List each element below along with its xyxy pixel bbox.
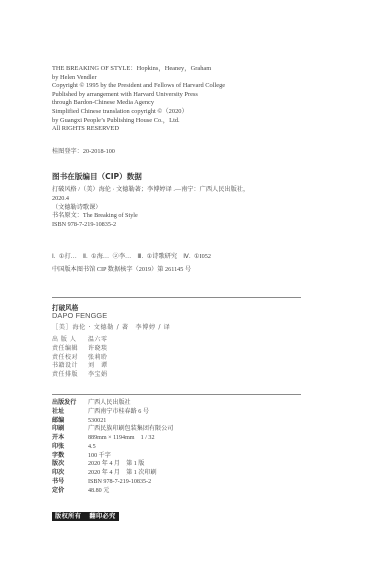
pub-label: 印刷: [52, 425, 88, 434]
pub-label-char: 数: [58, 452, 64, 461]
pub-value: 4.5: [88, 443, 96, 452]
pub-value: 广西民族印刷包装集团有限公司: [88, 425, 173, 434]
rights-line: by Guangxi People’s Publishing House Co.…: [52, 117, 225, 126]
cip-title: 图书在版编目（CIP）数据: [52, 171, 142, 182]
pub-label: 定价: [52, 487, 88, 496]
pub-label: 开本: [52, 434, 88, 443]
pub-row: 社址广西南宁市桂春路 6 号: [52, 408, 173, 417]
pub-label-char: 编: [58, 417, 64, 426]
pub-label: 社址: [52, 408, 88, 417]
cip-data-number: 中国版本图书馆 CIP 数据核字（2019）第 261145 号: [52, 264, 191, 273]
cip-line: ISBN 978-7-219-10835-2: [52, 221, 249, 230]
staff-value: 温六零: [88, 336, 108, 345]
staff-label: 出 版 人: [52, 336, 88, 345]
pub-row: 出版发行广西人民出版社: [52, 399, 173, 408]
staff-credits: 出 版 人温六零 责任编辑许晓琰 责任校对张莉聆 书籍设计刘 谭 责任排版李宝娟: [52, 336, 108, 380]
rights-line: Simplified Chinese translation copyright…: [52, 108, 225, 117]
pub-row: 字数100 千字: [52, 452, 173, 461]
cip-classification: Ⅰ. ①打… Ⅱ. ①海… ②李… Ⅲ. ①诗歌研究 Ⅳ. ①I052: [52, 251, 211, 260]
cip-line: 打破风格 /（美）海伦 · 文德勒著；李博婷译 .—南宁：广西人民出版社，: [52, 186, 249, 195]
staff-row: 责任编辑许晓琰: [52, 345, 108, 354]
cip-body: 打破风格 /（美）海伦 · 文德勒著；李博婷译 .—南宁：广西人民出版社， 20…: [52, 186, 249, 230]
pub-row: 版次2020 年 4 月 第 1 版: [52, 460, 173, 469]
pub-label: 字数: [52, 452, 88, 461]
staff-label: 责任编辑: [52, 345, 88, 354]
pub-row: 定价48.80 元: [52, 487, 173, 496]
staff-row: 书籍设计刘 谭: [52, 362, 108, 371]
pub-label: 印次: [52, 469, 88, 478]
pub-label-char: 次: [58, 469, 64, 478]
pub-value: ISBN 978-7-219-10835-2: [88, 478, 151, 487]
pub-label-char: 刷: [58, 425, 64, 434]
pub-value: 广西南宁市桂春路 6 号: [88, 408, 149, 417]
cip-line: 书名原文：The Breaking of Style: [52, 212, 249, 221]
staff-row: 责任排版李宝娟: [52, 371, 108, 380]
pub-value: 2020 年 4 月 第 1 次印刷: [88, 469, 157, 478]
pub-label-char: 本: [58, 434, 64, 443]
banner-left-text: 版权所有: [55, 513, 81, 520]
banner-right-text: 翻印必究: [89, 513, 115, 520]
pub-value: 广西人民出版社: [88, 399, 131, 408]
pub-value: 889mm × 1194mm 1 / 32: [88, 434, 155, 443]
book-authors: ［美］海伦 · 文德勒 / 著 李博婷 / 译: [52, 322, 170, 331]
pub-row: 书号ISBN 978-7-219-10835-2: [52, 478, 173, 487]
pub-value: 100 千字: [88, 452, 111, 461]
staff-value: 刘 谭: [88, 362, 108, 371]
staff-row: 出 版 人温六零: [52, 336, 108, 345]
pub-row: 印刷广西民族印刷包装集团有限公司: [52, 425, 173, 434]
pub-label-char: 号: [58, 478, 64, 487]
pub-label: 书号: [52, 478, 88, 487]
pub-row: 邮编530021: [52, 417, 173, 426]
pub-value: 48.80 元: [88, 487, 109, 496]
pub-label-char: 价: [58, 487, 64, 496]
pub-label-char: 次: [58, 460, 64, 469]
pub-row: 开本889mm × 1194mm 1 / 32: [52, 434, 173, 443]
staff-label: 责任排版: [52, 371, 88, 380]
original-rights-block: THE BREAKING OF STYLE：Hopkins，Heaney，Gra…: [52, 65, 225, 134]
all-rights-reserved-banner: 版权所有翻印必究: [52, 512, 119, 521]
pub-label-char: 张: [58, 443, 64, 452]
divider: [52, 297, 301, 298]
staff-value: 李宝娟: [88, 371, 108, 380]
staff-value: 许晓琰: [88, 345, 108, 354]
cip-line: 2020.4: [52, 195, 249, 204]
pub-label: 印张: [52, 443, 88, 452]
rights-line: THE BREAKING OF STYLE：Hopkins，Heaney，Gra…: [52, 65, 225, 74]
pub-label: 出版发行: [52, 399, 88, 408]
pub-label: 版次: [52, 460, 88, 469]
rights-line: by Helen Vendler: [52, 74, 225, 83]
registration-number: 桂图登字：20-2018-100: [52, 146, 115, 155]
pub-row: 印张4.5: [52, 443, 173, 452]
pub-label: 邮编: [52, 417, 88, 426]
publication-info: 出版发行广西人民出版社 社址广西南宁市桂春路 6 号 邮编530021 印刷广西…: [52, 399, 173, 495]
book-title-pinyin: DAPO FENGGE: [52, 311, 107, 320]
rights-line: Copyright © 1995 by the President and Fe…: [52, 82, 225, 91]
pub-label-text: 出版发行: [52, 399, 76, 408]
pub-value: 2020 年 4 月 第 1 版: [88, 460, 144, 469]
pub-label-char: 址: [58, 408, 64, 417]
divider: [52, 394, 301, 395]
staff-label: 书籍设计: [52, 362, 88, 371]
pub-value: 530021: [88, 417, 106, 426]
rights-line: Published by arrangement with Harvard Un…: [52, 91, 225, 100]
rights-line: through Bardon-Chinese Media Agency: [52, 99, 225, 108]
pub-row: 印次2020 年 4 月 第 1 次印刷: [52, 469, 173, 478]
rights-line: All RIGHTS RESERVED: [52, 125, 225, 134]
